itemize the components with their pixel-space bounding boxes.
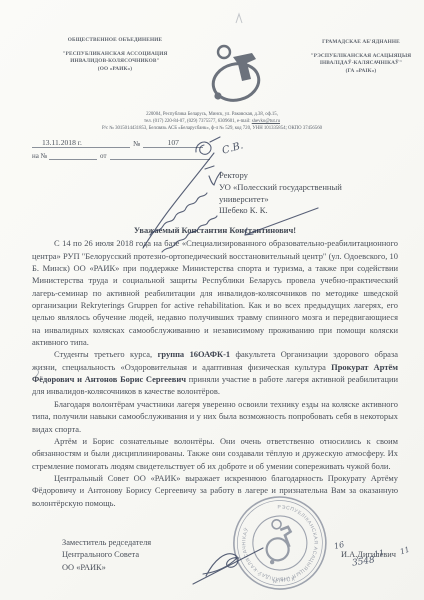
contact-block: 220004, Республика Беларусь, Минск, ул. … bbox=[18, 111, 406, 133]
contact-phones-text: тел. (017) 220-84-07, (029) 7375577, 630… bbox=[144, 119, 252, 124]
stamp-wheelchair-icon bbox=[263, 518, 294, 565]
paragraph-5: Центральный Совет ОО «РАИК» выражает иск… bbox=[32, 472, 398, 509]
letter-body: Уважаемый Константин Константинович! С 1… bbox=[32, 224, 398, 509]
paragraph-4: Артём и Борис сознательные волонтёры. Он… bbox=[32, 435, 398, 472]
hand-number-3548: 3548 bbox=[351, 555, 375, 568]
paragraph-3: Благодаря волонтёрам участники лагеря ув… bbox=[32, 398, 398, 435]
org-title-by: "РЭСПУБЛІКАНСКАЯ АСАЦЫЯЦЫЯ ІНВАЛІДАЎ-КАЛ… bbox=[302, 53, 420, 67]
scanned-letter-page: ОБЩЕСТВЕННОЕ ОБЪЕДИНЕНИЕ "РЕСПУБЛИКАНСКА… bbox=[0, 0, 424, 600]
outgoing-number: 107 bbox=[143, 138, 203, 148]
email-link: shevko@tut.ru bbox=[252, 119, 280, 124]
pencil-smudge-mark bbox=[230, 8, 250, 26]
p2-text-1: Студенты третьего курса, bbox=[54, 349, 158, 359]
recipient-block: Ректору УО «Полесский государственный ун… bbox=[219, 170, 342, 217]
recipient-position: Ректору bbox=[219, 170, 342, 182]
salutation: Уважаемый Константин Константинович! bbox=[32, 224, 398, 236]
incoming-number-label: на № bbox=[32, 152, 47, 160]
incoming-number-blank bbox=[49, 159, 97, 160]
reference-row-incoming: на № от bbox=[32, 152, 232, 160]
incoming-date-blank bbox=[110, 159, 210, 160]
round-seal-stamp: РЭСПУБЛІКАНСКАЯ АСАЦЫЯЦЫЯ ІНВАЛІДАЎ-КАЛЯ… bbox=[220, 487, 340, 600]
org-title-ru: "РЕСПУБЛИКАНСКАЯ АССОЦИАЦИЯ ИНВАЛИДОВ-КО… bbox=[56, 51, 174, 65]
incoming-date-label: от bbox=[97, 152, 109, 160]
signature-block: Заместитель редседателя Центрального Сов… bbox=[62, 537, 151, 574]
org-name-russian: ОБЩЕСТВЕННОЕ ОБЪЕДИНЕНИЕ "РЕСПУБЛИКАНСКА… bbox=[56, 37, 174, 73]
reference-row-outgoing: 13.11.2018 г.№107 bbox=[32, 138, 232, 148]
outgoing-date: 13.11.2018 г. bbox=[32, 138, 130, 148]
hand-number-11b: 11 bbox=[399, 545, 411, 557]
recipient-org-line1: УО «Полесский государственный bbox=[219, 182, 342, 194]
paragraph-2: Студенты третьего курса, группа 16ОАФК-1… bbox=[32, 348, 398, 397]
signer-position-line1: Заместитель редседателя bbox=[62, 537, 151, 549]
org-abbrev-by: (ГА «РАІК») bbox=[302, 68, 420, 75]
signer-position-line3: ОО «РАИК» bbox=[62, 562, 151, 574]
contact-phones: тел. (017) 220-84-07, (029) 7375577, 630… bbox=[18, 118, 406, 125]
recipient-org-line2: университет» bbox=[219, 194, 342, 206]
p2-group-number: группа 16ОАФК-1 bbox=[158, 349, 231, 359]
org-type-ru: ОБЩЕСТВЕННОЕ ОБЪЕДИНЕНИЕ bbox=[56, 37, 174, 44]
number-sign-label: № bbox=[130, 139, 143, 148]
wheelchair-logo-icon bbox=[203, 36, 275, 108]
paragraph-1: С 14 по 26 июля 2018 года на базе «Специ… bbox=[32, 237, 398, 348]
contact-address: 220004, Республика Беларусь, Минск, ул. … bbox=[18, 111, 406, 118]
contact-bank: Р/с № 3015014431853, Белсвязь АСБ «Белар… bbox=[18, 125, 406, 132]
org-abbrev-ru: (ОО «РАИК») bbox=[56, 66, 174, 73]
reference-block: 13.11.2018 г.№107 на № от bbox=[32, 138, 232, 160]
org-name-belarusian: ГРАМАДСКАЕ АБ'ЯДНАННЕ "РЭСПУБЛІКАНСКАЯ А… bbox=[302, 39, 420, 75]
signer-position-line2: Центрального Совета bbox=[62, 549, 151, 561]
org-type-by: ГРАМАДСКАЕ АБ'ЯДНАННЕ bbox=[302, 39, 420, 46]
recipient-person: Шебеко К. К. bbox=[219, 205, 342, 217]
